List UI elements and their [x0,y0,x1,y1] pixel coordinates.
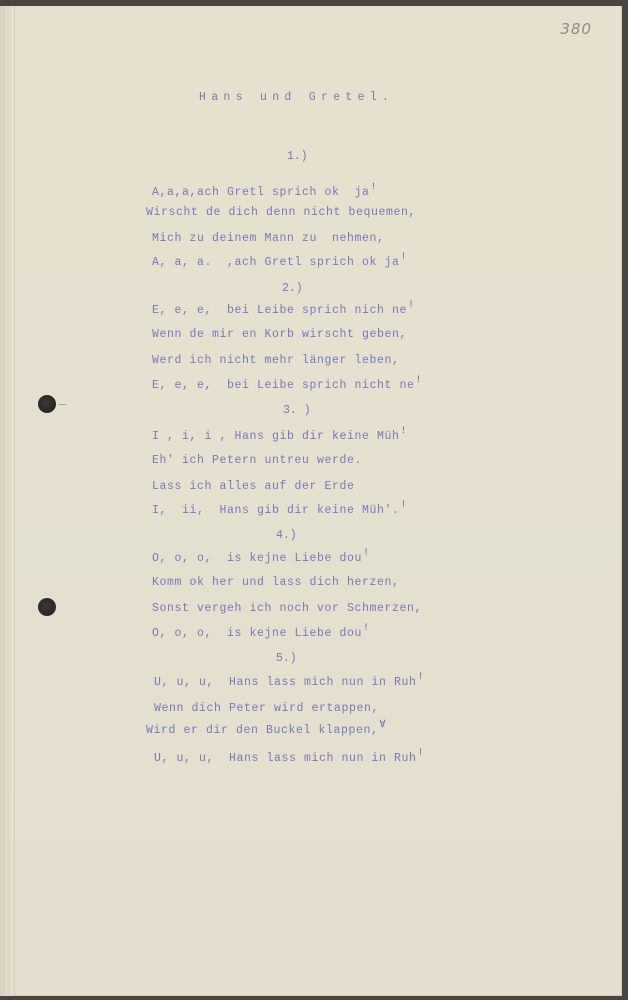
verse-text: Mich zu deinem Mann zu nehmen, [152,232,385,245]
verse-line: Wenn de mir en Korb wirscht geben, [152,328,407,341]
handwritten-correction-mark: ! [371,182,378,193]
verse-text: Wenn de mir en Korb wirscht geben, [152,328,407,341]
verse-text: Wird er dir den Buckel klappen, [146,724,379,737]
verse-line: Wirscht de dich denn nicht bequemen, [146,206,416,219]
verse-text: Komm ok her und lass dich herzen, [152,576,400,589]
handwritten-correction-mark: ! [363,548,370,559]
verse-line: U, u, u, Hans lass mich nun in Ruh! [154,752,424,765]
scanned-document: 380 Hans und Gretel. 1.)A,a,a,ach Gretl … [0,0,628,1000]
handwritten-correction-mark: ! [416,375,423,386]
verse-text: U, u, u, Hans lass mich nun in Ruh [154,676,417,689]
verse-line: Wird er dir den Buckel klappen,∀ [146,724,386,737]
verse-text: Werd ich nicht mehr länger leben, [152,354,400,367]
verse-line: O, o, o, is kejne Liebe dou! [152,552,370,565]
verse-line: A,a,a,ach Gretl sprich ok ja! [152,186,377,199]
verse-text: I, ii, Hans gib dir keine Müh'. [152,504,400,517]
verse-text: U, u, u, Hans lass mich nun in Ruh [154,752,417,765]
verse-text: O, o, o, is kejne Liebe dou [152,552,362,565]
verse-line: Komm ok her und lass dich herzen, [152,576,400,589]
stanza-number: 5.) [276,652,297,665]
verse-line: Mich zu deinem Mann zu nehmen, [152,232,385,245]
fold-line [14,6,15,996]
verse-line: E, e, e, bei Leibe sprich nicht ne! [152,379,422,392]
verse-text: O, o, o, is kejne Liebe dou [152,627,362,640]
verse-text: Sonst vergeh ich noch vor Schmerzen, [152,602,422,615]
handwritten-correction-mark: ! [418,748,425,759]
verse-line: Lass ich alles auf der Erde [152,480,355,493]
verse-text: E, e, e, bei Leibe sprich nicht ne [152,379,415,392]
verse-line: Werd ich nicht mehr länger leben, [152,354,400,367]
verse-text: Wenn dich Peter wird ertappen, [154,702,379,715]
verse-line: U, u, u, Hans lass mich nun in Ruh! [154,676,424,689]
verse-text: Lass ich alles auf der Erde [152,480,355,493]
verse-line: Wenn dich Peter wird ertappen, [154,702,379,715]
verse-line: I, ii, Hans gib dir keine Müh'.! [152,504,407,517]
handwritten-correction-mark: ! [363,623,370,634]
verse-text: Wirscht de dich denn nicht bequemen, [146,206,416,219]
verse-line: I , i, i , Hans gib dir keine Müh! [152,430,407,443]
stanza-number: 4.) [276,529,297,542]
handwritten-correction-mark: ! [401,426,408,437]
stanza-number: 2.) [282,282,303,295]
verse-text: A,a,a,ach Gretl sprich ok ja [152,186,370,199]
handwritten-correction-mark: ! [418,672,425,683]
verse-line: E, e, e, bei Leibe sprich nich ne! [152,304,415,317]
handwritten-correction-mark: ∀ [380,720,387,731]
stanza-number: 3. ) [283,404,311,417]
pencil-mark [58,404,66,405]
handwritten-correction-mark: ! [401,500,408,511]
binding-edge [0,6,12,996]
verse-text: A, a, a. ,ach Gretl sprich ok ja [152,256,400,269]
folio-number: 380 [560,20,592,38]
verse-text: I , i, i , Hans gib dir keine Müh [152,430,400,443]
verse-line: Sonst vergeh ich noch vor Schmerzen, [152,602,422,615]
verse-line: O, o, o, is kejne Liebe dou! [152,627,370,640]
handwritten-correction-mark: ! [408,300,415,311]
punch-hole-icon [38,598,56,616]
verse-line: Eh' ich Petern untreu werde. [152,454,362,467]
verse-text: Eh' ich Petern untreu werde. [152,454,362,467]
punch-hole-icon [38,395,56,413]
typescript-page: 380 Hans und Gretel. 1.)A,a,a,ach Gretl … [0,6,622,996]
stanza-number: 1.) [287,150,308,163]
verse-text: E, e, e, bei Leibe sprich nich ne [152,304,407,317]
poem-title: Hans und Gretel. [199,91,394,104]
handwritten-correction-mark: ! [401,252,408,263]
verse-line: A, a, a. ,ach Gretl sprich ok ja! [152,256,407,269]
